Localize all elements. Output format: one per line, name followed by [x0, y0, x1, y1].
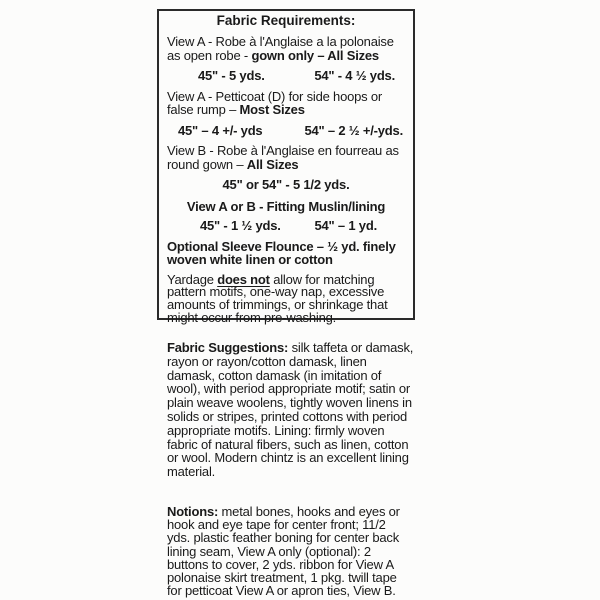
fitting-muslin-title: View A or B - Fitting Muslin/lining: [167, 200, 405, 214]
sleeve-flounce-line2: woven white linen or cotton: [167, 253, 405, 267]
notions-line: for petticoat View A or apron ties, View…: [167, 584, 435, 597]
fabric-suggestions-lead: Fabric Suggestions:: [167, 340, 288, 355]
yardage-45: 45" – 4 +/- yds: [178, 124, 262, 138]
fabric-suggestions-paragraph: Fabric Suggestions: silk taffeta or dama…: [167, 341, 435, 479]
view-b-line2: round gown – All Sizes: [167, 158, 405, 172]
notions-line: lining seam, View A only (optional): 2: [167, 545, 435, 558]
view-a-open-yardage: 45" - 5 yds. 54" - 4 ½ yds.: [167, 69, 405, 83]
yardage-note-line4: might occur from pre-washing.: [167, 312, 405, 325]
fabric-requirements-box: Fabric Requirements: View A - Robe à l'A…: [157, 9, 415, 320]
yardage-note: Yardage does not allow for matching patt…: [167, 274, 405, 326]
fabric-suggestions-line: solids or stripes, printed cottons with …: [167, 410, 435, 424]
fitting-muslin-yardage: 45" - 1 ½ yds. 54" – 1 yd.: [167, 219, 405, 233]
view-a-petticoat-section: View A - Petticoat (D) for side hoops or…: [167, 90, 405, 117]
fabric-suggestions-line: appropriate motifs. Lining: firmly woven: [167, 424, 435, 438]
yardage-54: 54" - 4 ½ yds.: [314, 69, 395, 83]
view-a-open-line1: View A - Robe à l'Anglaise a la polonais…: [167, 35, 405, 49]
view-b-section: View B - Robe à l'Anglaise en fourreau a…: [167, 144, 405, 171]
yardage-54: 54" – 1 yd.: [314, 219, 377, 233]
fabric-suggestions-line: damask, cotton damask (in imitation of: [167, 369, 435, 383]
fabric-suggestions-line: rayon or rayon/cotton damask, linen: [167, 355, 435, 369]
fabric-suggestions-line: material.: [167, 465, 435, 479]
view-a-petticoat-yardage: 45" – 4 +/- yds 54" – 2 ½ +/-yds.: [167, 124, 405, 138]
view-b-yardage: 45" or 54" - 5 1/2 yds.: [167, 178, 405, 192]
view-a-open-robe-section: View A - Robe à l'Anglaise a la polonais…: [167, 35, 405, 62]
view-a-petticoat-line1: View A - Petticoat (D) for side hoops or: [167, 90, 405, 104]
fabric-suggestions-line: or wool. Modern chintz is an excellent l…: [167, 451, 435, 465]
view-b-line1: View B - Robe à l'Anglaise en fourreau a…: [167, 144, 405, 158]
box-title: Fabric Requirements:: [167, 14, 405, 28]
yardage-45: 45" - 5 yds.: [198, 69, 265, 83]
sleeve-flounce-line1: Optional Sleeve Flounce – ½ yd. finely: [167, 240, 405, 254]
yardage-45: 45" - 1 ½ yds.: [200, 219, 281, 233]
view-a-open-line2: as open robe - gown only – All Sizes: [167, 49, 405, 63]
notions-line: yds. plastic feather boning for center b…: [167, 531, 435, 544]
fabric-suggestions-line: plain weave woolens, tightly woven linen…: [167, 396, 435, 410]
view-a-petticoat-line2: false rump – Most Sizes: [167, 103, 405, 117]
notions-paragraph: Notions: metal bones, hooks and eyes or …: [167, 505, 435, 597]
sleeve-flounce-section: Optional Sleeve Flounce – ½ yd. finely w…: [167, 240, 405, 267]
fabric-suggestions-line: fabric of natural fibers, such as linen,…: [167, 438, 435, 452]
fabric-suggestions-line: wool), with period appropriate motif; sa…: [167, 382, 435, 396]
yardage-54: 54" – 2 ½ +/-yds.: [304, 124, 403, 138]
fabric-suggestions-line1: Fabric Suggestions: silk taffeta or dama…: [167, 341, 435, 355]
